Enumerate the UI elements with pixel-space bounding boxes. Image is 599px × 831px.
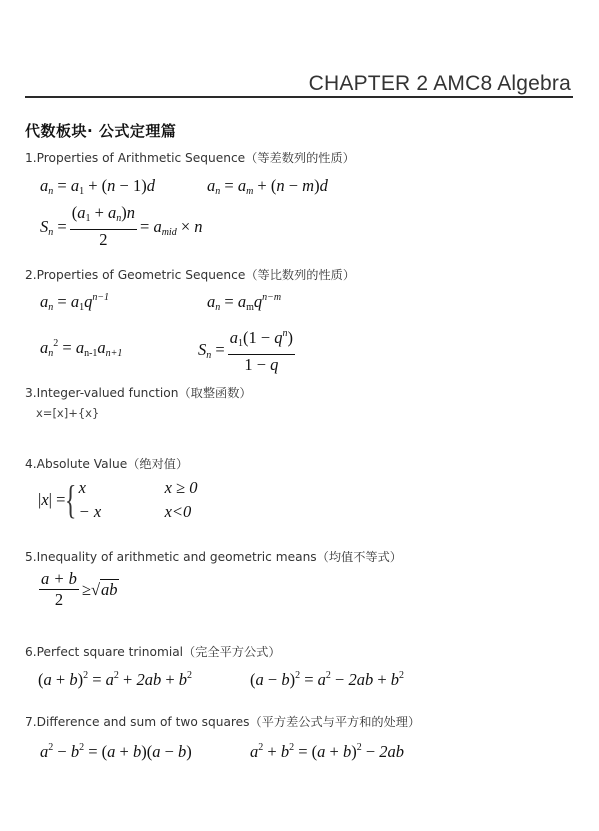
formula-arith-nth-term: an = a1 + (n − 1)d xyxy=(40,176,155,197)
chapter-title: CHAPTER 2 AMC8 Algebra xyxy=(309,72,571,96)
formula-square-of-difference: (a − b)2 = a2 − 2ab + b2 xyxy=(250,670,404,690)
header-rule xyxy=(25,96,573,98)
section-1-title: 1.Properties of Arithmetic Sequence（等差数列… xyxy=(25,149,355,166)
section-6-title: 6.Perfect square trinomial（完全平方公式） xyxy=(25,643,281,660)
formula-arith-mth-term: an = am + (n − m)d xyxy=(207,176,328,197)
formula-integer-valued: x=[x]+{x} xyxy=(36,406,99,420)
sqrt-icon: √ab xyxy=(91,580,119,600)
page-heading: 代数板块· 公式定理篇 xyxy=(25,120,176,141)
formula-absolute-value: |x| = { xx ≥ 0 − xx<0 xyxy=(38,476,197,524)
formula-geo-sum: Sn = a1(1 − qn) 1 − q xyxy=(198,325,298,375)
section-5-title: 5.Inequality of arithmetic and geometric… xyxy=(25,548,402,565)
brace-icon: { xyxy=(65,480,77,520)
formula-am-gm: a + b 2 ≥ √ab xyxy=(36,570,119,610)
formula-arith-sum: Sn = (a1 + an)n 2 = amid × n xyxy=(40,204,203,250)
section-4-title: 4.Absolute Value（绝对值） xyxy=(25,455,188,472)
section-3-title: 3.Integer-valued function（取整函数） xyxy=(25,384,252,401)
formula-square-of-sum: (a + b)2 = a2 + 2ab + b2 xyxy=(38,670,192,690)
section-2-title: 2.Properties of Geometric Sequence（等比数列的… xyxy=(25,266,355,283)
formula-geo-mth-term: an = amqn−m xyxy=(207,292,281,313)
formula-geo-nth-term: an = a1qn−1 xyxy=(40,292,109,313)
formula-sum-of-squares: a2 + b2 = (a + b)2 − 2ab xyxy=(250,742,404,762)
section-7-title: 7.Difference and sum of two squares（平方差公… xyxy=(25,713,420,730)
formula-difference-of-squares: a2 − b2 = (a + b)(a − b) xyxy=(40,742,192,762)
formula-geo-mean-term: an2 = an-1an+1 xyxy=(40,338,122,359)
